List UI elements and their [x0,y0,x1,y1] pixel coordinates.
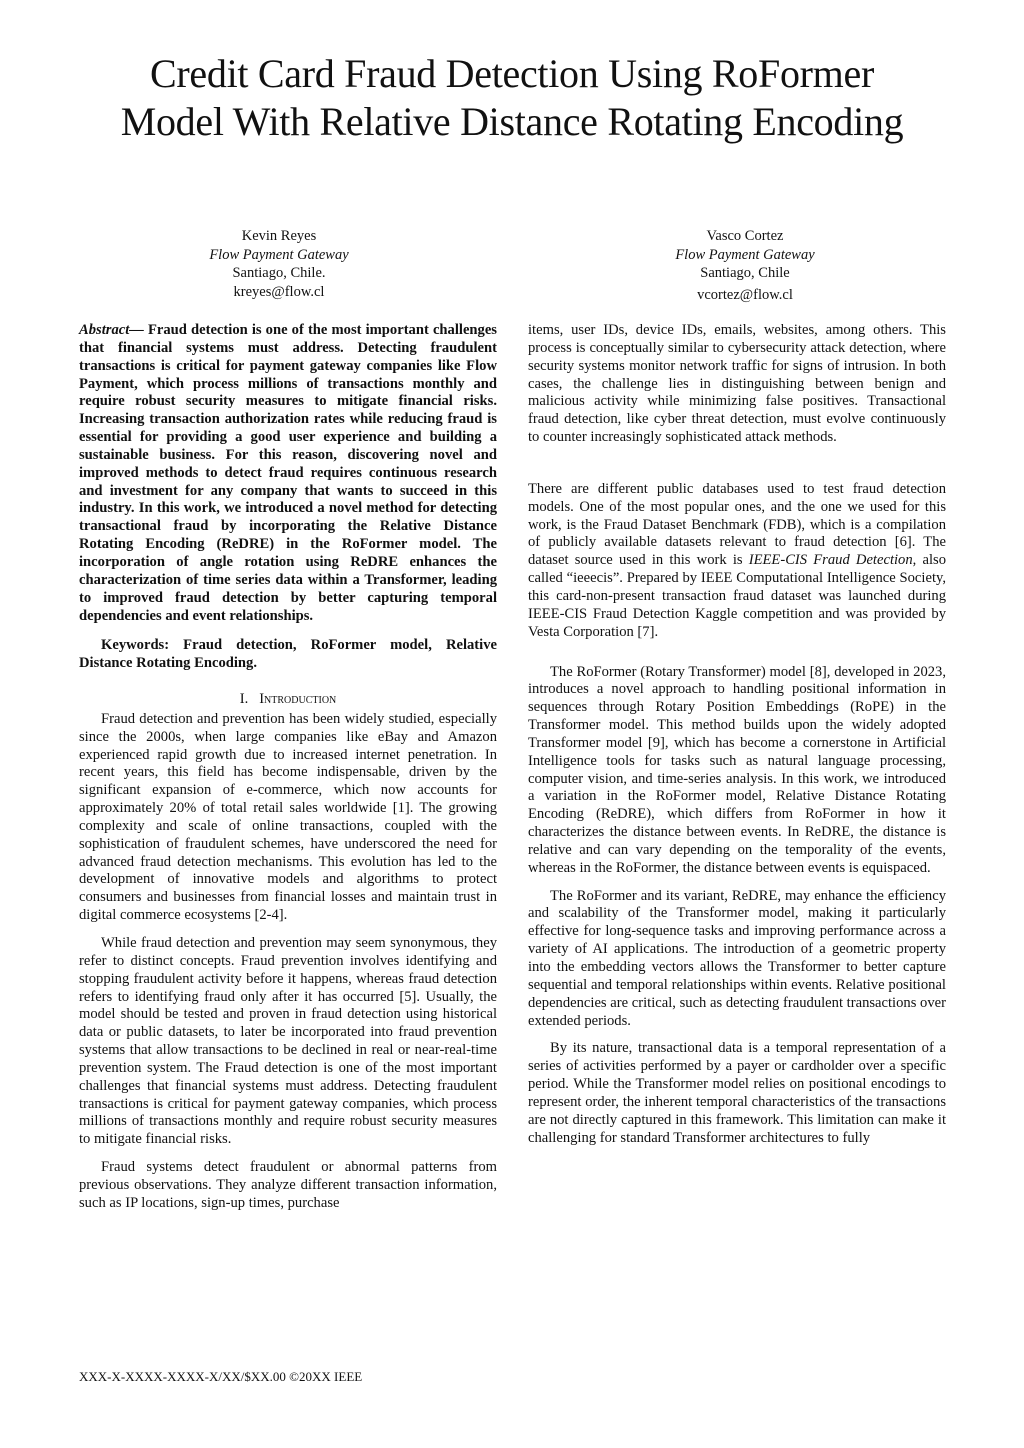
right-paragraph-4: The RoFormer and its variant, ReDRE, may… [528,888,946,1031]
intro-paragraph-2: While fraud detection and prevention may… [79,935,497,1149]
right-paragraph-1: items, user IDs, device IDs, emails, web… [528,322,946,447]
title-line-2: Model With Relative Distance Rotating En… [0,98,1024,146]
author-block-2: Vasco Cortez Flow Payment Gateway Santia… [595,227,895,304]
author-location: Santiago, Chile [595,264,895,283]
copyright-footer: XXX-X-XXXX-XXXX-X/XX/$XX.00 ©20XX IEEE [79,1369,362,1385]
paper-title: Credit Card Fraud Detection Using RoForm… [0,50,1024,146]
author-email[interactable]: kreyes@flow.cl [129,283,429,302]
right-paragraph-2: There are different public databases use… [528,481,946,642]
right-paragraph-5: By its nature, transactional data is a t… [528,1040,946,1147]
intro-paragraph-1: Fraud detection and prevention has been … [79,711,497,925]
author-block-1: Kevin Reyes Flow Payment Gateway Santiag… [129,227,429,301]
author-name: Vasco Cortez [595,227,895,246]
author-email[interactable]: vcortez@flow.cl [595,286,895,305]
abstract: Abstract— Fraud detection is one of the … [79,322,497,625]
author-location: Santiago, Chile. [129,264,429,283]
intro-paragraph-3: Fraud systems detect fraudulent or abnor… [79,1159,497,1213]
title-line-1: Credit Card Fraud Detection Using RoForm… [0,50,1024,98]
right-paragraph-3: The RoFormer (Rotary Transformer) model … [528,664,946,878]
author-affiliation: Flow Payment Gateway [595,246,895,265]
section-heading-introduction: I. Introduction [79,691,497,709]
keywords: Keywords: Fraud detection, RoFormer mode… [79,637,497,673]
abstract-label: Abstract— [79,322,144,338]
author-name: Kevin Reyes [129,227,429,246]
right-column: items, user IDs, device IDs, emails, web… [528,322,946,1147]
section-title: Introduction [259,691,336,707]
left-column: Abstract— Fraud detection is one of the … [79,322,497,1213]
dataset-name: IEEE-CIS Fraud Detection [749,552,913,568]
abstract-text: Fraud detection is one of the most impor… [79,322,497,624]
author-affiliation: Flow Payment Gateway [129,246,429,265]
section-number: I. [240,691,249,707]
